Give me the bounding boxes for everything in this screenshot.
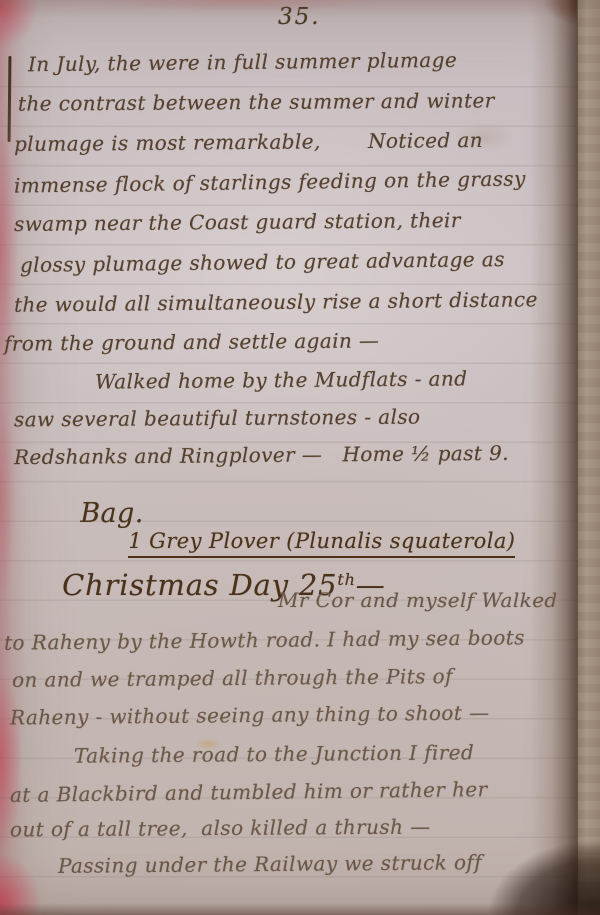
page-edge-crease [530,0,578,915]
journal-line: from the ground and settle again — [4,328,380,355]
journal-line: on and we tramped all through the Pits o… [12,664,453,692]
entry-heading-ordinal: th [337,570,355,589]
journal-line: out of a tall tree, also killed a thrush… [10,815,431,842]
journal-line: plumage is most remarkable, Noticed an [14,128,483,156]
journal-line: Redshanks and Ringplover — Home ½ past 9… [14,441,509,469]
journal-line: Passing under the Railway we struck off [58,850,482,878]
journal-line: the contrast between the summer and wint… [18,88,495,115]
journal-line: saw several beautiful turnstones - also [14,405,421,432]
journal-line: the would all simultaneously rise a shor… [14,287,538,316]
next-page-edge [577,0,600,915]
journal-line: Taking the road to the Junction I fired [74,740,474,767]
margin-mark [8,56,12,142]
journal-line: swamp near the Coast guard station, thei… [14,208,461,236]
journal-page-scan: 35. In July, the were in full summer plu… [0,0,600,915]
entry-heading: Christmas Day 25th— [22,534,386,636]
bottom-edge-shadow [0,901,600,915]
page-number: 35. [278,4,321,30]
journal-line: at a Blackbird and tumbled him or rather… [10,777,488,807]
journal-line: immense flock of starlings feeding on th… [14,166,526,197]
journal-line: Walked home by the Mudflats - and [95,366,468,393]
journal-line: glossy plumage showed to great advantage… [20,247,505,277]
journal-line: In July, the were in full summer plumage [28,48,457,76]
journal-line: to Raheny by the Howth road. I had my se… [4,625,525,654]
journal-line: Raheny - without seeing any thing to sho… [10,700,490,729]
journal-line: Mr Cor and myself Walked [278,588,558,612]
bag-label: Bag. [80,498,143,529]
